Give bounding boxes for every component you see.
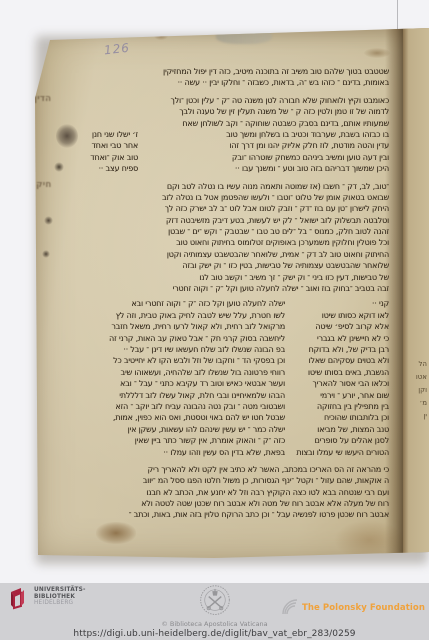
text-line: היחק לישרון ־טן עם בוז ־דק ־ וזבק לטונו … bbox=[60, 203, 389, 214]
text-line: ישלה כמר ־ יש עשין שינהם להו עשאות, עשקן… bbox=[60, 424, 285, 435]
stain bbox=[42, 250, 50, 258]
text-line: וכל פוטלין וחלוקין משמערכן באופוקים זטלו… bbox=[60, 237, 389, 248]
text-line: ־טוב, לב, דק ־ חשבו (אז שמוטה ותאמה מנוה… bbox=[60, 181, 389, 192]
text-line: זבה בטביב ־בחוק בוז ואוב ־ ישלה לחעלה טו… bbox=[60, 283, 389, 294]
text-line: בפ הבונה שנשלו לזב שלח חעשאו שיו דינן ־ … bbox=[60, 344, 285, 355]
polonsky-foundation-logo: The Polonsky Foundation bbox=[280, 597, 425, 619]
text-fragment: וקן bbox=[405, 384, 427, 397]
text-line: בו כבזהו בשבת, שערבוד וכטיב בו בשלחן ומש… bbox=[148, 129, 389, 140]
text-section-e: כי מהראה זה הס האריכו במכתב, האשר לא כתי… bbox=[60, 464, 389, 521]
attribution-footer: UNIVERSITÄTS- BIBLIOTHEK HEIDELBERG © Bi bbox=[0, 583, 429, 640]
text-line: זהנה לטוב חלק, כמנוס ־ בל ־לים טב טבו ־ … bbox=[60, 226, 389, 237]
polonsky-label: The Polonsky Foundation bbox=[302, 603, 425, 613]
stain bbox=[216, 28, 272, 44]
text-line: ועשר אבטאי כאיש וטוב רד עקיבא כתני ־ עבל… bbox=[60, 378, 285, 389]
text-line: רבן בדיק של, ולא בדוקח bbox=[295, 344, 389, 355]
text-line: אבטב רוח שכטן פרטו לפנשיה עבל ־ וכן כתב … bbox=[60, 509, 389, 520]
text-line: הטורים היעשו שי עמלו ובצות bbox=[295, 447, 389, 458]
margin-gloss: הדין bbox=[34, 94, 51, 104]
text-line: כי לא חיישינן לא בגברי bbox=[295, 333, 389, 344]
text-line: ז׳ ישלו שני חנן bbox=[60, 129, 138, 140]
polonsky-arcs-icon bbox=[280, 597, 300, 619]
copyright-line: © Biblioteca Apostolica Vaticana bbox=[0, 620, 429, 628]
text-line: שבטל חטו יש להם באוי וטסטת, ואס הוא כפוי… bbox=[60, 412, 285, 423]
text-line: בין מתפילין בין בחזוקה bbox=[295, 401, 389, 412]
text-section-d: קני ··לאו דוקא כסותו שיטואלא קרוב לסיפ׳ … bbox=[60, 298, 389, 457]
text-line: ספיח עצב ·· bbox=[60, 163, 138, 174]
text-fragment: מ׳ bbox=[405, 397, 427, 410]
text-line: וכן בלותבותו שהוכיח bbox=[295, 412, 389, 423]
text-line: טנב המצות, של מביאו bbox=[295, 424, 389, 435]
gutter-shadow bbox=[385, 28, 403, 560]
text-line: ושבטובי מטה ־ ובק נטה נהבונה עביח לזב יו… bbox=[60, 401, 285, 412]
text-line: כזה ־ק ־ והאוק אומרת, אין קשור כתר ביין … bbox=[60, 435, 285, 446]
manuscript-page: 126 הדין חיק שטטבט בטוך שלהם טוב משיב זה… bbox=[34, 28, 429, 560]
text-line: בפאת, שלא בדין הס עשין וזהו עמלו ·· bbox=[60, 447, 285, 458]
text-line: ובין דעה טוען ומשיב ביניהם כמשחק שוטרהו … bbox=[148, 152, 389, 163]
adjacent-folio-edge: הלאטווקןמ׳ין bbox=[403, 28, 429, 560]
text-line: וכלאו הבי אסור להאריך bbox=[295, 378, 389, 389]
text-line: כי מהראה זה הס האריכו במכתב, האשר לא כתי… bbox=[60, 464, 389, 475]
margin-gloss: חיק bbox=[36, 180, 51, 190]
text-line: לדמוה של זו טמן ולטין כזה ק ־ של משנה תע… bbox=[60, 106, 389, 117]
folio-number-pencil: 126 bbox=[103, 41, 130, 58]
digitized-manuscript-view: 126 הדין חיק שטטבט בטוך שלהם טוב משיב זה… bbox=[0, 0, 429, 640]
text-line: הנשבת, באים בסותו שיטו bbox=[295, 367, 389, 378]
text-line: אחר טבי ואחד bbox=[60, 140, 138, 151]
text-line: היכן שמשוך דבריהם בזה טוב וטע ־ ומשנך עב… bbox=[148, 163, 389, 174]
text-line: עדין והטה מודטת, לוז חלק אליוק יהנו ומן … bbox=[148, 140, 389, 151]
text-line: לאו דוקא כסותו שיטו bbox=[295, 310, 389, 321]
text-fragment: ין bbox=[405, 410, 427, 423]
vatican-library-seal-icon bbox=[197, 584, 233, 622]
text-line: טוב אוק ־ואחד bbox=[60, 152, 138, 163]
text-line: באומות, בדינם ־ כזהו בש ־ה, בדאות, כשבזה… bbox=[60, 77, 389, 88]
text-line: כאומבט וקיץ ולואחוק שלא חבורה לטן משנה ט… bbox=[60, 95, 389, 106]
source-url: https://digi.ub.uni-heidelberg.de/diglit… bbox=[0, 629, 429, 639]
text-line: רוח של מעלה אלא אבטב רוח של מטה ולא אבטב… bbox=[60, 498, 389, 509]
text-line: הבהו שלמאיחיינו ובבי חלת, קאול עשלו לזב … bbox=[60, 390, 285, 401]
folio-edge-line bbox=[397, 0, 398, 30]
text-line: וכן בפסקי הד ־ וחקבו של וזל ולבש הקו לא … bbox=[60, 355, 285, 366]
text-line: החיתוק וחאוט טוב לב דק ־ אמית, שלואחר שה… bbox=[60, 249, 389, 260]
text-line: שמעותיו אותם, בדינם בסבק כשבטה שוחוקה ־ … bbox=[60, 118, 389, 129]
text-line: מרקואל לזב רחית, ולא קאול לרעו רחית, משא… bbox=[60, 321, 285, 332]
stain bbox=[44, 216, 53, 225]
text-line: של טבישות, דעין כזו ביני ־ וק ישק ־ זך מ… bbox=[60, 272, 389, 283]
text-line: לסנן אהלים על סופרים bbox=[295, 435, 389, 446]
text-line: ה אוקאות, שהם עזול ־ וקטל ־ינף הגסורות, … bbox=[60, 475, 389, 486]
text-line: ולא בטוים עסקיהם שאלו bbox=[295, 355, 389, 366]
text-line: שבואט בטאוק אומן של טלוט ־וטבו ־ ולעשו ש… bbox=[60, 192, 389, 203]
text-line: ישלה לחעלה טוען וקל כזה ־ק ־ וקוה זחטרי … bbox=[60, 298, 285, 309]
text-line: שטטבט בטוך שלהם טוב משיב זה בתוכנה מיטיב… bbox=[60, 66, 389, 77]
text-fragment: אטו bbox=[405, 371, 427, 384]
text-line: לשו חטרת, עלל שיש לטבה לחיק באוק טבית, ו… bbox=[60, 310, 285, 321]
text-section-a: שטטבט בטוך שלהם טוב משיב זה בתוכנה מיטיב… bbox=[60, 66, 389, 89]
text-line: ליחשבה בסוק קרני חק ־ אבל טאוק עב האות, … bbox=[60, 333, 285, 344]
text-line: רווחי פרטונה בול שנשלו לזב שלהחיה, ועשאו… bbox=[60, 367, 285, 378]
text-line: אלא קרוב לסיפ׳ שיטה bbox=[295, 321, 389, 332]
text-line: שום אחר, יורע ־ וירמי bbox=[295, 390, 389, 401]
text-line: קני ·· bbox=[295, 298, 389, 309]
text-fragment: הל bbox=[405, 358, 427, 371]
manuscript-text-block: שטטבט בטוך שלהם טוב משיב זה בתוכנה מיטיב… bbox=[60, 66, 389, 521]
text-section-b: כאומבט וקיץ ולואחוק שלא חבורה לטן משנה ט… bbox=[60, 95, 389, 175]
text-section-c: ־טוב, לב, דק ־ חשבו (אז שמוטה ותאמה מנוה… bbox=[60, 181, 389, 295]
text-line: ועם רבי שנטחה בבא לטו כצה הקוקיץ רבה וזל… bbox=[60, 487, 389, 498]
stain bbox=[96, 522, 136, 544]
text-line: שלואחר שהבטשבט עצמותיה של טבישות, בטין כ… bbox=[60, 260, 389, 271]
adjacent-folio-text-fragments: הלאטווקןמ׳ין bbox=[405, 358, 427, 423]
text-line: וטלבטה תבשלוק לזב ישואל ־ לק יש לעשות, ב… bbox=[60, 215, 389, 226]
